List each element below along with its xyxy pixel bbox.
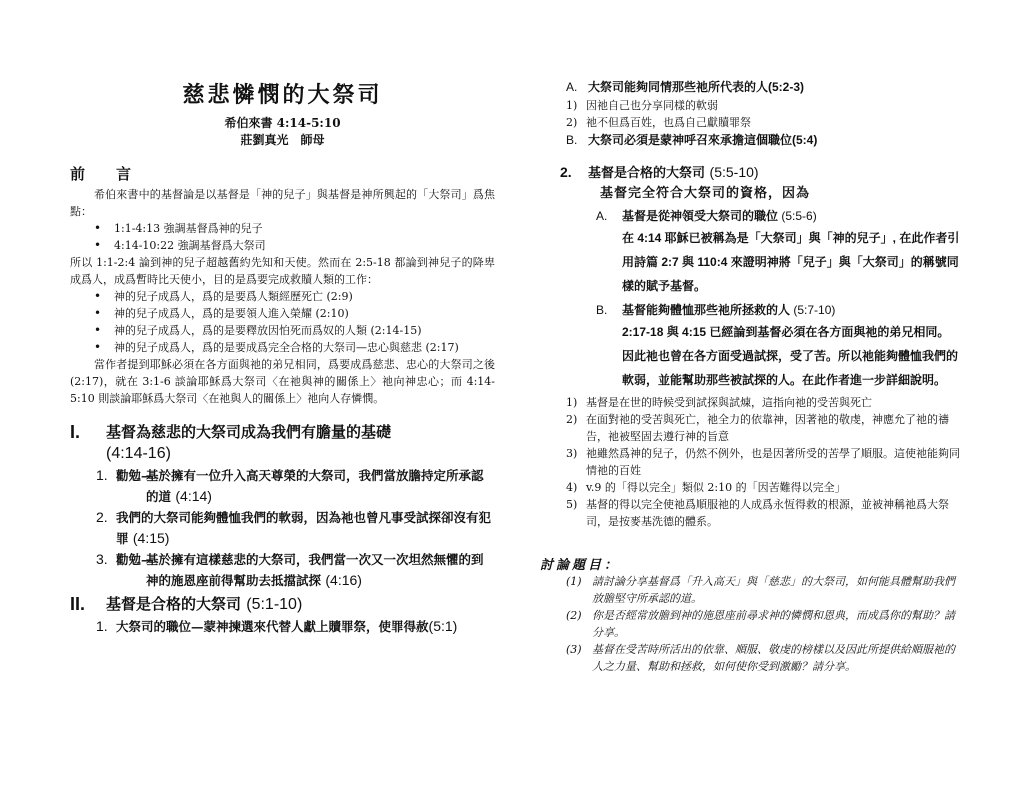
point-number: 2) [566, 114, 577, 131]
sub-point-text: 大祭司能夠同情那些祂所代表的人(5:2-3) [588, 80, 804, 94]
point-item: 1) 基督是在世的時候受到試探與試煉，這指向祂的受苦與死亡 [540, 394, 960, 411]
item-reference: (4:14) [175, 488, 212, 504]
point-text: 祂雖然爲神的兒子，仍然不例外，也是因著所受的苦學了順服。這使祂能夠同情祂的百姓 [586, 447, 960, 477]
intro-paragraph-3: 當作者提到耶穌必須在各方面與祂的弟兄相同，爲要成爲慈悲、忠心的大祭司之後(2:1… [70, 356, 495, 407]
section-title: 基督是合格的大祭司 [106, 595, 241, 613]
question-text: 你是否經常放膽到神的施恩座前尋求神的憐憫和恩典，而成爲你的幫助？請分享。 [592, 609, 955, 639]
item-2-point-a: A. 基督是從神領受大祭司的職位 (5:5-6) [540, 206, 960, 226]
sub-point-text: 大祭司必須是蒙神呼召來承擔這個職位(5:4) [588, 133, 817, 147]
sub-point-letter: B. [566, 131, 577, 150]
bullet-item: 神的兒子成爲人，爲的是要成爲完全合格的大祭司—忠心與慈悲 (2:17) [94, 339, 495, 356]
section-2-item-2: 2. 基督是合格的大祭司 (5:5-10) [540, 162, 960, 184]
left-column: 慈悲憐憫的大祭司 希伯來書 4:14-5:10 莊劉真光 師母 前 言 希伯來書… [70, 78, 495, 637]
sub-point-letter: A. [566, 78, 577, 97]
sub-point-a: A. 大祭司能夠同情那些祂所代表的人(5:2-3) [540, 78, 960, 97]
bullet-item: 4:14-10:22 強調基督爲大祭司 [94, 237, 495, 254]
item-reference: (4:16) [325, 572, 362, 588]
intro-paragraph-2: 所以 1:1-2:4 論到神的兒子超越舊約先知和天使。然而在 2:5-18 都論… [70, 254, 495, 288]
section-1-item-2: 2. 我們的大祭司能夠體恤我們的軟弱，因為祂也曾凡事受試探卻沒有犯罪 (4:15… [70, 507, 495, 549]
item-number: 1. [96, 616, 108, 637]
point-letter: A. [596, 206, 607, 226]
point-item: 5) 基督的得以完全使祂爲順服祂的人成爲永恆得救的根源，並被神稱祂爲大祭司，是按… [540, 496, 960, 530]
item-2-point-b-body: 2:17-18 與 4:15 已經論到基督必須在各方面與祂的弟兄相同。因此祂也曾… [540, 320, 960, 392]
section-number: I. [70, 421, 80, 443]
sub-point-a-2: 2) 祂不但爲百姓，也爲自己獻贖罪祭 [540, 114, 960, 131]
point-item: 4) v.9 的「得以完全」類似 2:10 的「因苦難得以完全」 [540, 479, 960, 496]
section-reference: (4:14-16) [106, 443, 495, 465]
speaker-name: 莊劉真光 師母 [70, 132, 495, 149]
document-page: 慈悲憐憫的大祭司 希伯來書 4:14-5:10 莊劉真光 師母 前 言 希伯來書… [0, 0, 1024, 791]
point-text: 基督是在世的時候受到試探與試煉，這指向祂的受苦與死亡 [586, 396, 872, 409]
point-title: 基督能夠體恤那些祂所拯救的人 [622, 303, 790, 317]
point-number: 4) [566, 479, 577, 496]
question-number: (3) [566, 641, 582, 658]
discussion-question: (3) 基督在受苦時所活出的依靠、順服、敬虔的榜樣以及因此所提供給順服祂的人之力… [540, 641, 960, 675]
bullet-item: 神的兒子成爲人，爲的是要爲人類經歷死亡 (2:9) [94, 288, 495, 305]
point-number: 3) [566, 445, 577, 462]
page-title: 慈悲憐憫的大祭司 [70, 78, 495, 109]
sub-point-a-1: 1) 因祂自己也分享同樣的軟弱 [540, 97, 960, 114]
section-title: 基督為慈悲的大祭司成為我們有膽量的基礎 [106, 423, 391, 441]
section-number: II. [70, 593, 85, 615]
section-1-heading: I. 基督為慈悲的大祭司成為我們有膽量的基礎 (4:14-16) [70, 421, 495, 465]
item-number: 2. [560, 162, 572, 182]
item-number: 1. [96, 465, 108, 486]
intro-paragraph-1: 希伯來書中的基督論是以基督是「神的兒子」與基督是神所興起的「大祭司」爲焦點： [70, 186, 495, 220]
item-2-point-b: B. 基督能夠體恤那些祂所拯救的人 (5:7-10) [540, 300, 960, 320]
point-letter: B. [596, 300, 607, 320]
discussion-question: (1) 請討論分享基督爲「升入高天」與「慈悲」的大祭司，如何能具體幫助我們放膽堅… [540, 573, 960, 607]
point-text: 在面對祂的受苦與死亡，祂全力的依靠神，因著祂的敬虔，神應允了祂的禱告，祂被堅固去… [586, 413, 949, 443]
intro-heading: 前 言 [70, 163, 495, 184]
point-text: v.9 的「得以完全」類似 2:10 的「因苦難得以完全」 [586, 481, 846, 494]
point-number: 2) [566, 411, 577, 428]
bullet-item: 神的兒子成爲人，爲的是要領人進入榮耀 (2:10) [94, 305, 495, 322]
point-text: 祂不但爲百姓，也爲自己獻贖罪祭 [586, 116, 751, 129]
question-text: 請討論分享基督爲「升入高天」與「慈悲」的大祭司，如何能具體幫助我們放膽堅守所承認… [592, 575, 955, 605]
item-reference: (5:1) [429, 618, 458, 634]
discussion-heading: 討論題目： [540, 554, 960, 573]
discussion-question: (2) 你是否經常放膽到神的施恩座前尋求神的憐憫和恩典，而成爲你的幫助？請分享。 [540, 607, 960, 641]
section-1-item-3: 3. 勸勉— 基於擁有這樣慈悲的大祭司，我們當一次又一次坦然無懼的到神的施恩座前… [70, 549, 495, 591]
section-reference: (5:1-10) [246, 596, 302, 613]
question-number: (2) [566, 607, 582, 624]
intro-bullets-2: 神的兒子成爲人，爲的是要爲人類經歷死亡 (2:9) 神的兒子成爲人，爲的是要領人… [70, 288, 495, 356]
item-text: 蒙神揀選來代替人獻上贖罪祭，使罪得赦 [204, 619, 429, 634]
item-text: 我們的大祭司能夠體恤我們的軟弱，因為祂也曾凡事受試探卻沒有犯罪 [116, 510, 491, 546]
point-reference: (5:7-10) [793, 303, 835, 317]
scripture-reference: 希伯來書 4:14-5:10 [70, 115, 495, 132]
question-text: 基督在受苦時所活出的依靠、順服、敬虔的榜樣以及因此所提供給順服祂的人之力量、幫助… [592, 643, 955, 673]
item-lead: 勸勉— [116, 465, 154, 486]
item-reference: (5:5-10) [710, 164, 759, 180]
item-lead: 勸勉— [116, 549, 154, 570]
item-lead: 大祭司的職位— [116, 619, 204, 634]
point-number: 5) [566, 496, 577, 513]
section-1-item-1: 1. 勸勉— 基於擁有一位升入高天尊榮的大祭司，我們當放膽持定所承認的道 (4:… [70, 465, 495, 507]
item-2-point-a-body: 在 4:14 耶穌已被稱為是「大祭司」與「神的兒子」, 在此作者引用詩篇 2:7… [540, 226, 960, 298]
point-text: 基督的得以完全使祂爲順服祂的人成爲永恆得救的根源，並被神稱祂爲大祭司，是按麥基洗… [586, 498, 949, 528]
section-2-item-1: 1. 大祭司的職位—蒙神揀選來代替人獻上贖罪祭，使罪得赦(5:1) [70, 616, 495, 637]
item-number: 3. [96, 549, 108, 570]
point-text: 因祂自己也分享同樣的軟弱 [586, 99, 718, 112]
item-text: 基於擁有這樣慈悲的大祭司，我們當一次又一次坦然無懼的到神的施恩座前得幫助去抵擋試… [146, 552, 484, 588]
point-title: 基督是從神領受大祭司的職位 [622, 209, 778, 223]
point-reference: (5:5-6) [781, 209, 816, 223]
item-title: 基督是合格的大祭司 [588, 166, 705, 181]
section-2-item-2-subtitle: 基督完全符合大祭司的資格，因為 [540, 184, 960, 204]
question-number: (1) [566, 573, 582, 590]
bullet-item: 神的兒子成爲人，爲的是要釋放因怕死而爲奴的人類 (2:14-15) [94, 322, 495, 339]
item-number: 2. [96, 507, 108, 528]
point-item: 2) 在面對祂的受苦與死亡，祂全力的依靠神，因著祂的敬虔，神應允了祂的禱告，祂被… [540, 411, 960, 445]
sub-point-b: B. 大祭司必須是蒙神呼召來承擔這個職位(5:4) [540, 131, 960, 150]
section-2-heading: II. 基督是合格的大祭司 (5:1-10) [70, 593, 495, 616]
item-2-points-list: 1) 基督是在世的時候受到試探與試煉，這指向祂的受苦與死亡 2) 在面對祂的受苦… [540, 394, 960, 530]
right-column: A. 大祭司能夠同情那些祂所代表的人(5:2-3) 1) 因祂自己也分享同樣的軟… [540, 78, 960, 675]
point-number: 1) [566, 97, 577, 114]
point-item: 3) 祂雖然爲神的兒子，仍然不例外，也是因著所受的苦學了順服。這使祂能夠同情祂的… [540, 445, 960, 479]
bullet-item: 1:1-4:13 強調基督爲神的兒子 [94, 220, 495, 237]
item-reference: (4:15) [133, 530, 170, 546]
point-number: 1) [566, 394, 577, 411]
intro-bullets-1: 1:1-4:13 強調基督爲神的兒子 4:14-10:22 強調基督爲大祭司 [70, 220, 495, 254]
